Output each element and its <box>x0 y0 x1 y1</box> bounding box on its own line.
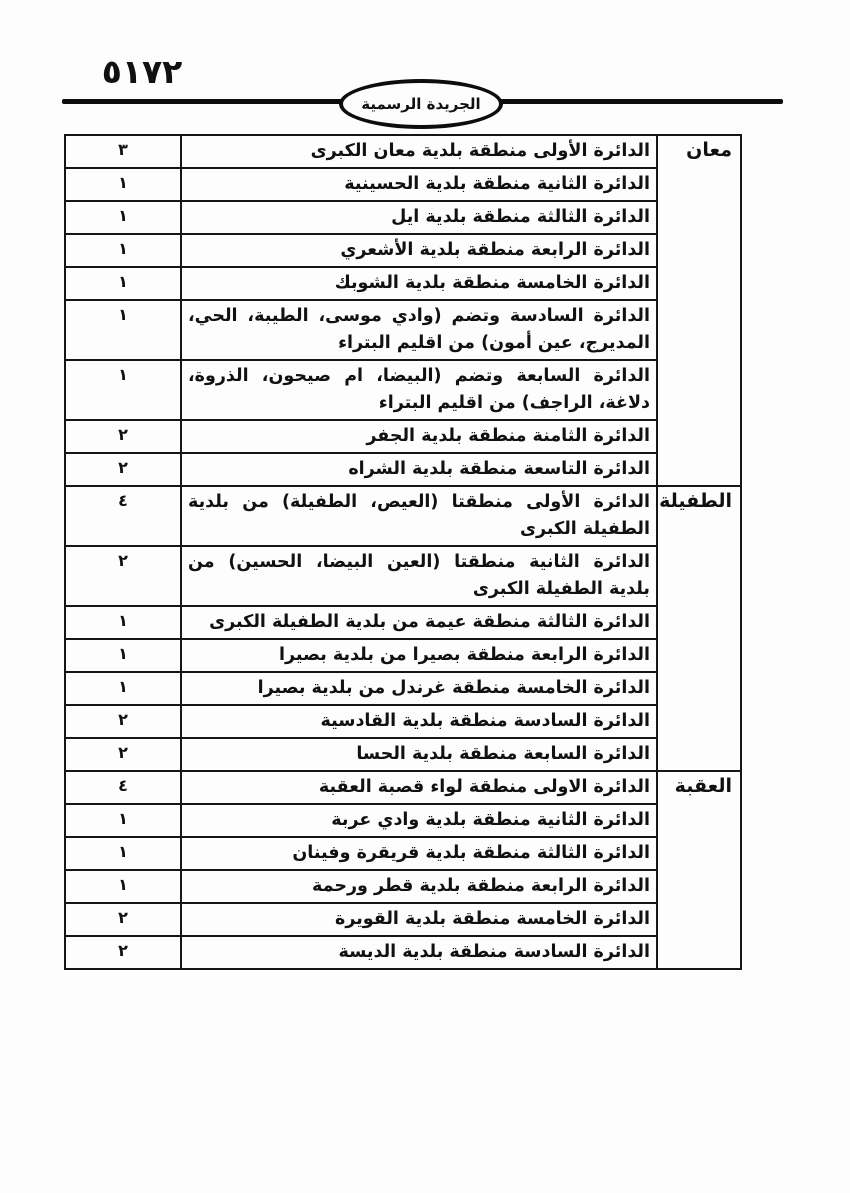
district-cell: الدائرة الأولى منطقتا (العيص، الطفيلة) م… <box>181 486 657 546</box>
seats-cell: ١ <box>65 201 181 234</box>
seats-cell: ١ <box>65 360 181 420</box>
district-cell: الدائرة الثانية منطقة بلدية الحسينية <box>181 168 657 201</box>
seats-cell: ٢ <box>65 936 181 969</box>
seats-cell: ١ <box>65 168 181 201</box>
table-row: الدائرة الثانية منطقتا (العين البيضا، ال… <box>65 546 741 606</box>
district-cell: الدائرة الرابعة منطقة بلدية الأشعري <box>181 234 657 267</box>
seats-cell: ١ <box>65 804 181 837</box>
district-cell: الدائرة الثالثة منطقة بلدية ايل <box>181 201 657 234</box>
governorate-cell: الطفيلة <box>657 486 741 771</box>
table-row: الدائرة الرابعة منطقة بصيرا من بلدية بصي… <box>65 639 741 672</box>
table-row: الدائرة الخامسة منطقة غرندل من بلدية بصي… <box>65 672 741 705</box>
district-cell: الدائرة التاسعة منطقة بلدية الشراه <box>181 453 657 486</box>
table-row: الدائرة الخامسة منطقة بلدية الشوبك ١ <box>65 267 741 300</box>
table-row: الدائرة السادسة وتضم (وادي موسى، الطيبة،… <box>65 300 741 360</box>
seats-cell: ٢ <box>65 738 181 771</box>
district-cell: الدائرة السادسة منطقة بلدية القادسية <box>181 705 657 738</box>
seats-cell: ٤ <box>65 771 181 804</box>
table-row: الدائرة الثامنة منطقة بلدية الجفر ٢ <box>65 420 741 453</box>
district-cell: الدائرة الثانية منطقة بلدية وادي عربة <box>181 804 657 837</box>
governorate-cell: معان <box>657 135 741 486</box>
table-row: الطفيلة الدائرة الأولى منطقتا (العيص، ال… <box>65 486 741 546</box>
table-row: الدائرة السابعة وتضم (البيضا، ام صيحون، … <box>65 360 741 420</box>
district-cell: الدائرة الثالثة منطقة بلدية قريقرة وفينا… <box>181 837 657 870</box>
district-cell: الدائرة الثامنة منطقة بلدية الجفر <box>181 420 657 453</box>
seats-cell: ١ <box>65 672 181 705</box>
districts-table: معان الدائرة الأولى منطقة بلدية معان الك… <box>64 134 742 970</box>
gazette-banner-ellipse: الجريدة الرسمية <box>339 79 503 129</box>
table-row: الدائرة التاسعة منطقة بلدية الشراه ٢ <box>65 453 741 486</box>
table-row: الدائرة السابعة منطقة بلدية الحسا ٢ <box>65 738 741 771</box>
district-cell: الدائرة الاولى منطقة لواء قصبة العقبة <box>181 771 657 804</box>
district-cell: الدائرة السادسة منطقة بلدية الديسة <box>181 936 657 969</box>
table-row: معان الدائرة الأولى منطقة بلدية معان الك… <box>65 135 741 168</box>
table-row: العقبة الدائرة الاولى منطقة لواء قصبة ال… <box>65 771 741 804</box>
seats-cell: ٢ <box>65 453 181 486</box>
table-row: الدائرة الرابعة منطقة بلدية قطر ورحمة ١ <box>65 870 741 903</box>
seats-cell: ١ <box>65 267 181 300</box>
district-cell: الدائرة الخامسة منطقة بلدية القويرة <box>181 903 657 936</box>
table-row: الدائرة الثالثة منطقة عيمة من بلدية الطف… <box>65 606 741 639</box>
table-row: الدائرة السادسة منطقة بلدية القادسية ٢ <box>65 705 741 738</box>
district-cell: الدائرة الثانية منطقتا (العين البيضا، ال… <box>181 546 657 606</box>
district-cell: الدائرة الرابعة منطقة بلدية قطر ورحمة <box>181 870 657 903</box>
seats-cell: ١ <box>65 639 181 672</box>
seats-cell: ١ <box>65 837 181 870</box>
seats-cell: ٢ <box>65 705 181 738</box>
district-cell: الدائرة السابعة منطقة بلدية الحسا <box>181 738 657 771</box>
district-cell: الدائرة الأولى منطقة بلدية معان الكبرى <box>181 135 657 168</box>
district-cell: الدائرة الخامسة منطقة بلدية الشوبك <box>181 267 657 300</box>
governorate-cell: العقبة <box>657 771 741 969</box>
table-row: الدائرة السادسة منطقة بلدية الديسة ٢ <box>65 936 741 969</box>
table-row: الدائرة الثالثة منطقة بلدية ايل ١ <box>65 201 741 234</box>
seats-cell: ٢ <box>65 420 181 453</box>
district-cell: الدائرة الثالثة منطقة عيمة من بلدية الطف… <box>181 606 657 639</box>
page-number: ٥١٧٢ <box>92 52 192 91</box>
table-row: الدائرة الثانية منطقة بلدية وادي عربة ١ <box>65 804 741 837</box>
seats-cell: ١ <box>65 234 181 267</box>
seats-cell: ٤ <box>65 486 181 546</box>
seats-cell: ١ <box>65 606 181 639</box>
district-cell: الدائرة الرابعة منطقة بصيرا من بلدية بصي… <box>181 639 657 672</box>
table-row: الدائرة الثانية منطقة بلدية الحسينية ١ <box>65 168 741 201</box>
seats-cell: ٢ <box>65 903 181 936</box>
table-row: الدائرة الثالثة منطقة بلدية قريقرة وفينا… <box>65 837 741 870</box>
table-row: الدائرة الخامسة منطقة بلدية القويرة ٢ <box>65 903 741 936</box>
gazette-banner-title: الجريدة الرسمية <box>361 95 480 113</box>
seats-cell: ٢ <box>65 546 181 606</box>
district-cell: الدائرة السابعة وتضم (البيضا، ام صيحون، … <box>181 360 657 420</box>
seats-cell: ٣ <box>65 135 181 168</box>
table-row: الدائرة الرابعة منطقة بلدية الأشعري ١ <box>65 234 741 267</box>
district-cell: الدائرة الخامسة منطقة غرندل من بلدية بصي… <box>181 672 657 705</box>
seats-cell: ١ <box>65 300 181 360</box>
seats-cell: ١ <box>65 870 181 903</box>
district-cell: الدائرة السادسة وتضم (وادي موسى، الطيبة،… <box>181 300 657 360</box>
